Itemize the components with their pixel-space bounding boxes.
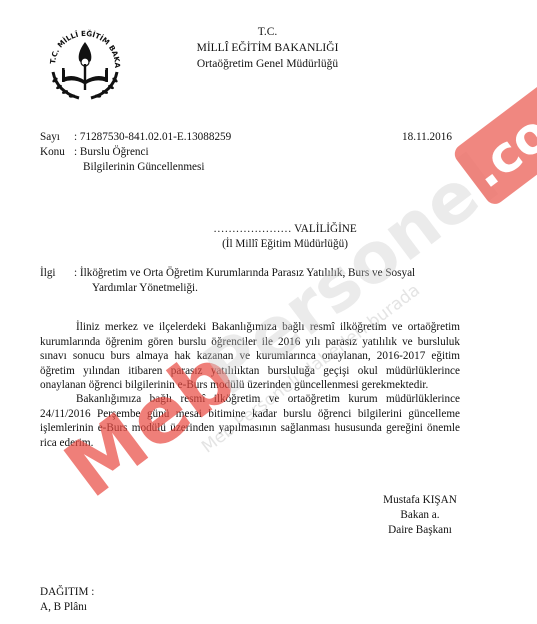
- konu-label: Konu: [40, 145, 65, 160]
- body-line: 24/11/2016 Perşembe günü mesai bitimine …: [40, 407, 460, 422]
- konu-value: : Burslu Öğrenci: [74, 145, 149, 160]
- addressee-sub: (İl Millî Eğitim Müdürlüğü): [160, 237, 410, 252]
- header-tc: T.C.: [150, 24, 385, 41]
- body-line: kurumlarında öğrenim gören burslu öğrenc…: [40, 335, 460, 350]
- distribution-label: DAĞITIM :: [40, 585, 94, 600]
- distribution-value: A, B Plânı: [40, 600, 87, 615]
- body-line: Bakanlığımıza bağlı resmî ilköğretim ve …: [40, 392, 460, 407]
- document-date: 18.11.2016: [402, 130, 452, 145]
- signatory-name: Mustafa KIŞAN: [370, 493, 470, 508]
- sayi-label: Sayı: [40, 130, 60, 145]
- reference-label: İlgi: [40, 266, 56, 281]
- ministry-logo-icon: T.C. MİLLÎ EĞİTİM BAKANLIĞI: [45, 22, 125, 104]
- body-line: öğretim yılından itibaren parasız yatılı…: [40, 364, 460, 379]
- body-paragraph-1: İliniz merkez ve ilçelerdeki Bakanlığımı…: [40, 320, 460, 393]
- body-paragraph-2: Bakanlığımıza bağlı resmî ilköğretim ve …: [40, 392, 460, 450]
- body-line: rica ederim.: [40, 436, 460, 451]
- signatory-title: Daire Başkanı: [370, 523, 470, 538]
- header-directorate: Ortaöğretim Genel Müdürlüğü: [150, 56, 385, 73]
- reference-text: : İlköğretim ve Orta Öğretim Kurumlarınd…: [74, 266, 415, 281]
- body-line: işlemlerinin e-Burs modülü üzerinden yap…: [40, 421, 460, 436]
- addressee: ………………… VALİLİĞİNE: [160, 222, 410, 237]
- watermark-com: .com: [459, 72, 537, 200]
- signatory-role: Bakan a.: [370, 508, 470, 523]
- sayi-value: : 71287530-841.02.01-E.13088259: [74, 130, 231, 145]
- body-line: İliniz merkez ve ilçelerdeki Bakanlığımı…: [40, 320, 460, 335]
- body-line: onaylanan öğrenci bilgilerinin e-Burs mo…: [40, 378, 460, 393]
- body-line: sınavı sonucu burs almaya hak kazanan ve…: [40, 349, 460, 364]
- reference-text-2: Yardımlar Yönetmeliği.: [92, 281, 198, 296]
- header-ministry: MİLLÎ EĞİTİM BAKANLIĞI: [150, 40, 385, 57]
- konu-value-2: Bilgilerinin Güncellenmesi: [83, 160, 204, 175]
